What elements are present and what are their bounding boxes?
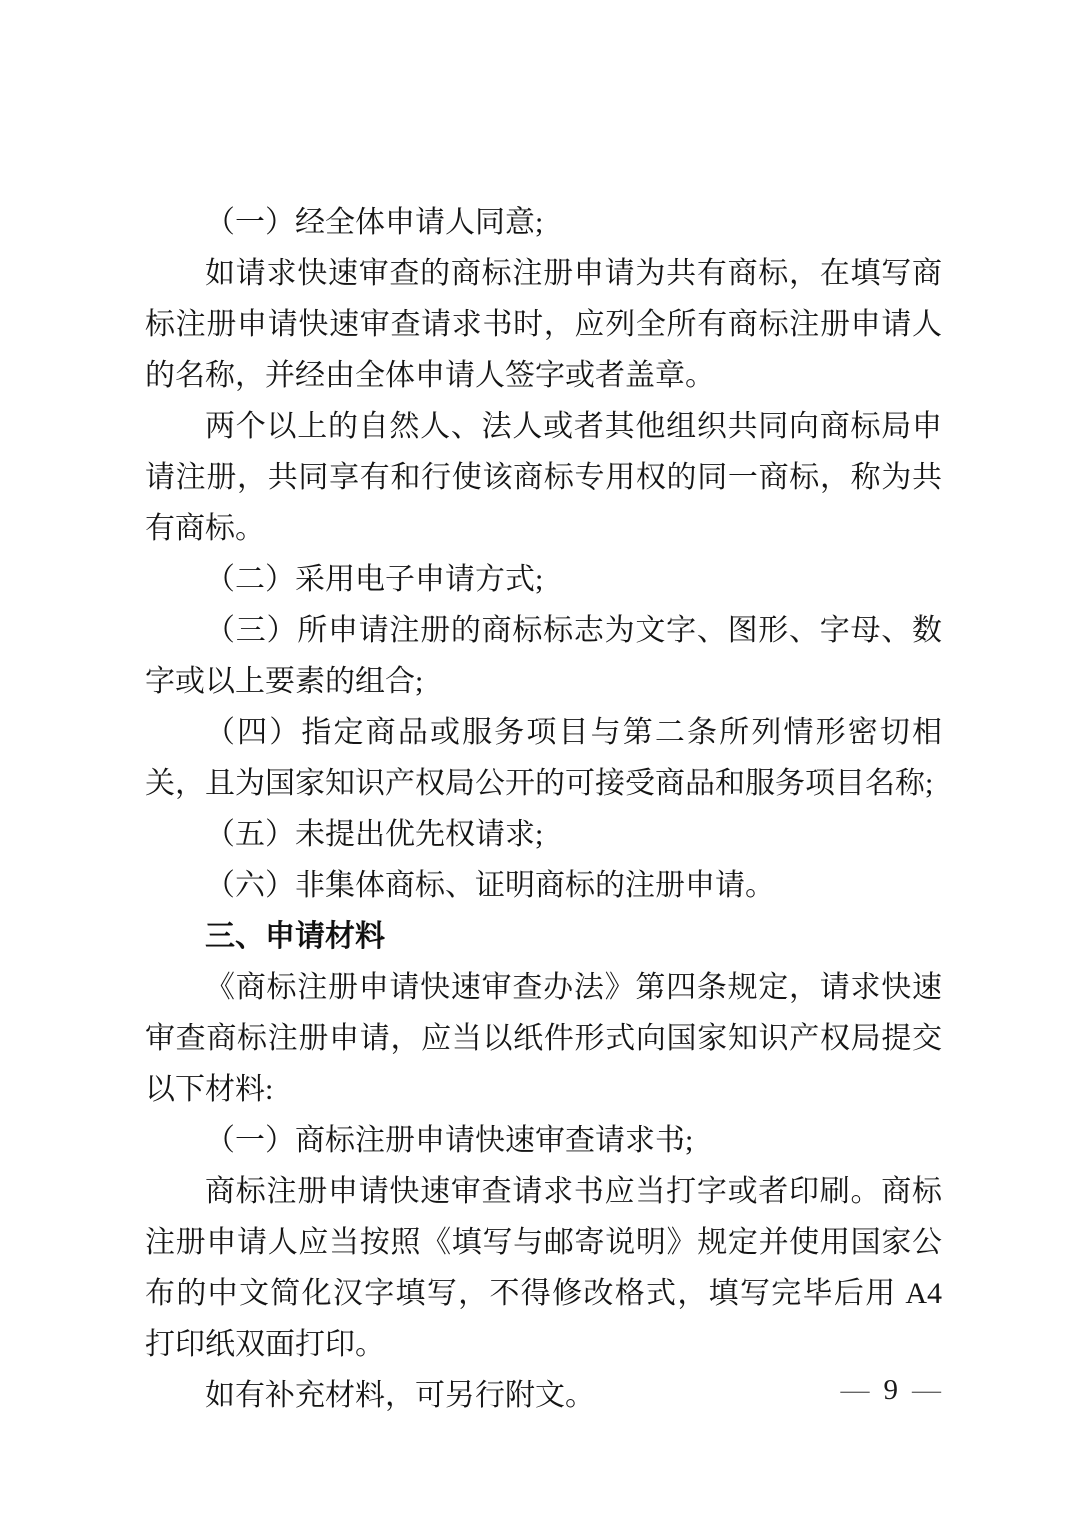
- paragraph: （一）经全体申请人同意;: [145, 197, 942, 248]
- document-page: （一）经全体申请人同意;如请求快速审查的商标注册申请为共有商标，在填写商标注册申…: [0, 0, 1080, 1527]
- paragraph: 商标注册申请快速审查请求书应当打字或者印刷。商标注册申请人应当按照《填写与邮寄说…: [145, 1166, 942, 1370]
- paragraph: 《商标注册申请快速审查办法》第四条规定，请求快速审查商标注册申请，应当以纸件形式…: [145, 962, 942, 1115]
- paragraph: 两个以上的自然人、法人或者其他组织共同向商标局申请注册，共同享有和行使该商标专用…: [145, 401, 942, 554]
- section-heading: 三、申请材料: [145, 911, 942, 962]
- paragraph: （五）未提出优先权请求;: [145, 809, 942, 860]
- paragraph: （一）商标注册申请快速审查请求书;: [145, 1115, 942, 1166]
- paragraph: 如有补充材料，可另行附文。: [145, 1370, 942, 1421]
- page-number: 9: [884, 1374, 899, 1406]
- paragraph: （二）采用电子申请方式;: [145, 554, 942, 605]
- paragraph: （三）所申请注册的商标标志为文字、图形、字母、数字或以上要素的组合;: [145, 605, 942, 707]
- footer-left-dash: —: [841, 1374, 870, 1406]
- footer-right-dash: —: [912, 1374, 941, 1406]
- paragraph: 如请求快速审查的商标注册申请为共有商标，在填写商标注册申请快速审查请求书时，应列…: [145, 248, 942, 401]
- document-body: （一）经全体申请人同意;如请求快速审查的商标注册申请为共有商标，在填写商标注册申…: [145, 197, 942, 1421]
- paragraph: （六）非集体商标、证明商标的注册申请。: [145, 860, 942, 911]
- paragraph: （四）指定商品或服务项目与第二条所列情形密切相关，且为国家知识产权局公开的可接受…: [145, 707, 942, 809]
- page-footer: —9—: [841, 1374, 942, 1406]
